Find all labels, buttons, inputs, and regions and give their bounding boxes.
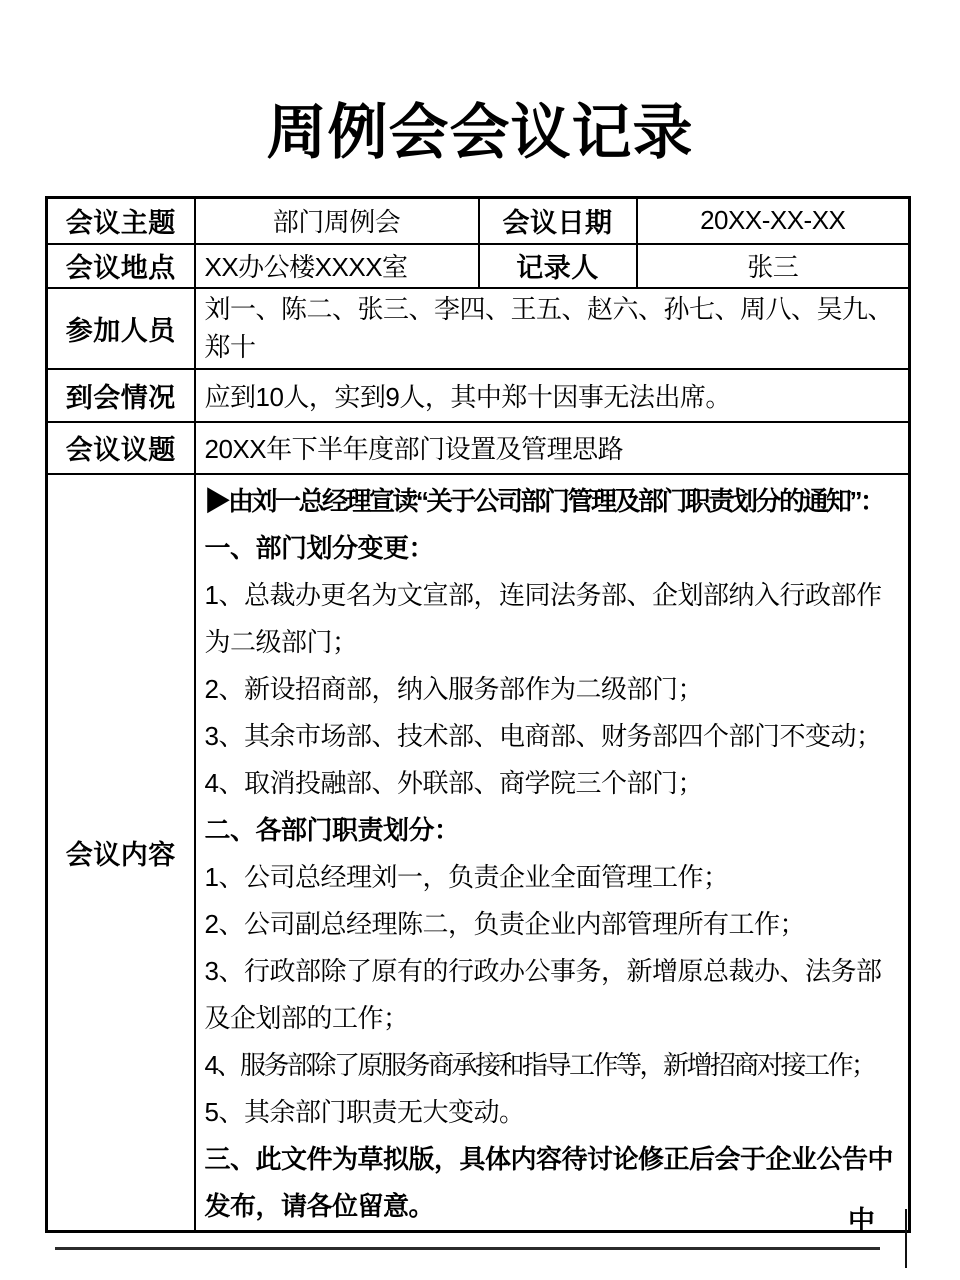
footer-mark: 中 (848, 1199, 875, 1238)
table-row-attendance: 到会情况 应到10人，实到9人，其中郑十因事无法出席。 (47, 369, 910, 422)
attendees-value: 刘一、陈二、张三、李四、王五、赵六、孙七、周八、吴九、郑十 (195, 288, 910, 369)
content-intro-line: ▶由刘一总经理宣读“关于公司部门管理及部门职责划分的通知”： (205, 478, 905, 525)
content-item: 4、取消投融部、外联部、商学院三个部门； (205, 760, 905, 807)
meeting-content-body: ▶由刘一总经理宣读“关于公司部门管理及部门职责划分的通知”： 一、部门划分变更：… (195, 474, 910, 1232)
recorder-label: 记录人 (479, 244, 637, 288)
meeting-minutes-table: 会议主题 部门周例会 会议日期 20XX-XX-XX 会议地点 XX办公楼XXX… (45, 196, 911, 1233)
table-row-location-recorder: 会议地点 XX办公楼XXXX室 记录人 张三 (47, 244, 910, 288)
content-item: 2、公司副总经理陈二，负责企业内部管理所有工作； (205, 901, 905, 948)
content-item: 4、服务部除了原服务商承接和指导工作等，新增招商对接工作； (205, 1042, 905, 1089)
attendance-label: 到会情况 (47, 369, 195, 422)
content-item: 2、新设招商部，纳入服务部作为二级部门； (205, 666, 905, 713)
content-section-3-note: 三、此文件为草拟版，具体内容待讨论修正后会于企业公告中发布，请各位留意。 (205, 1136, 905, 1230)
table-row-topic-date: 会议主题 部门周例会 会议日期 20XX-XX-XX (47, 198, 910, 244)
content-item: 1、总裁办更名为文宣部，连同法务部、企划部纳入行政部作为二级部门； (205, 572, 905, 666)
attendance-value: 应到10人，实到9人，其中郑十因事无法出席。 (195, 369, 910, 422)
recorder-value: 张三 (637, 244, 910, 288)
agenda-value: 20XX年下半年度部门设置及管理思路 (195, 422, 910, 474)
meeting-date-value: 20XX-XX-XX (637, 198, 910, 244)
content-item: 5、其余部门职责无大变动。 (205, 1089, 905, 1136)
content-item: 3、其余市场部、技术部、电商部、财务部四个部门不变动； (205, 713, 905, 760)
table-row-content: 会议内容 ▶由刘一总经理宣读“关于公司部门管理及部门职责划分的通知”： 一、部门… (47, 474, 910, 1232)
meeting-content-label: 会议内容 (47, 474, 195, 1232)
table-row-attendees: 参加人员 刘一、陈二、张三、李四、王五、赵六、孙七、周八、吴九、郑十 (47, 288, 910, 369)
meeting-date-label: 会议日期 (479, 198, 637, 244)
document-page: 周例会会议记录 会议主题 部门周例会 会议日期 20XX-XX-XX 会议地点 … (0, 0, 960, 1280)
attendees-label: 参加人员 (47, 288, 195, 369)
page-title: 周例会会议记录 (0, 88, 960, 178)
content-item: 3、行政部除了原有的行政办公事务，新增原总裁办、法务部及企划部的工作； (205, 948, 905, 1042)
meeting-topic-label: 会议主题 (47, 198, 195, 244)
meeting-topic-value: 部门周例会 (195, 198, 479, 244)
bottom-horizontal-rule (55, 1247, 880, 1250)
meeting-location-value: XX办公楼XXXX室 (195, 244, 479, 288)
content-section-1-heading: 一、部门划分变更： (205, 525, 905, 572)
meeting-location-label: 会议地点 (47, 244, 195, 288)
content-item: 1、公司总经理刘一，负责企业全面管理工作； (205, 854, 905, 901)
table-row-agenda: 会议议题 20XX年下半年度部门设置及管理思路 (47, 422, 910, 474)
agenda-label: 会议议题 (47, 422, 195, 474)
content-section-2-heading: 二、各部门职责划分： (205, 807, 905, 854)
bottom-vertical-rule (905, 1209, 907, 1268)
